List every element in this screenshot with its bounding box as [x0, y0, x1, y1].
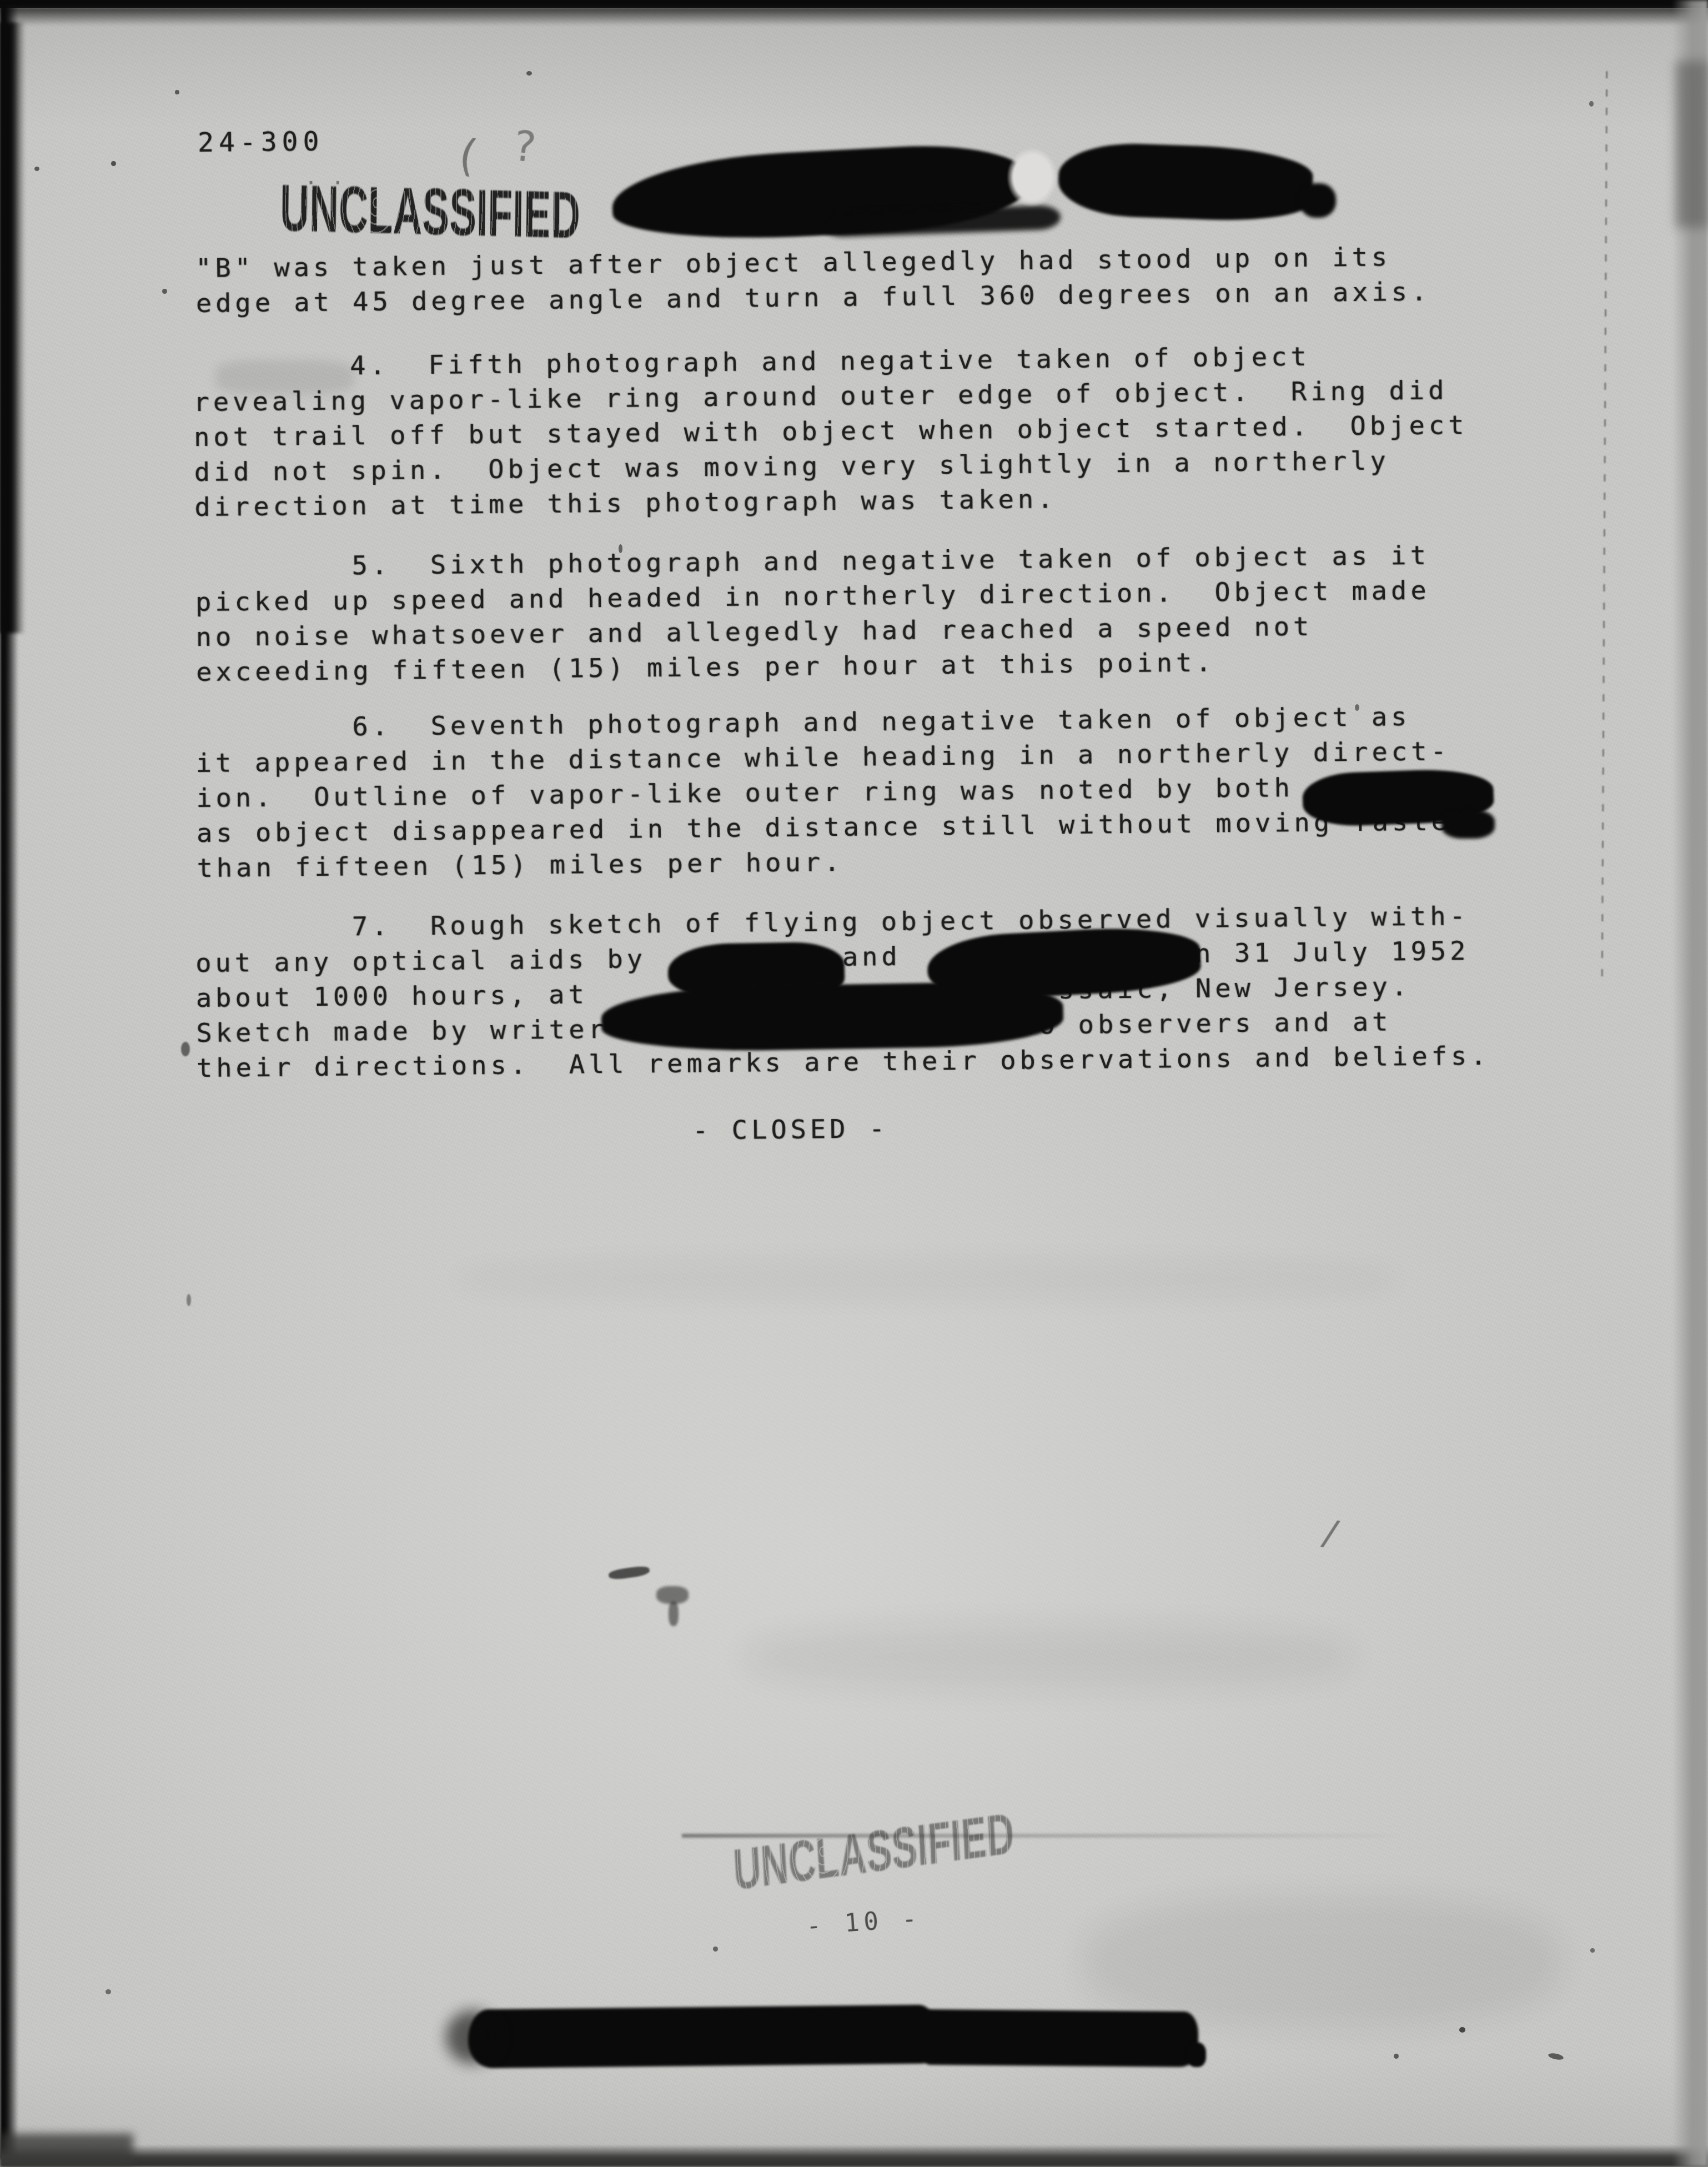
redaction-bar-footer-nub: [1187, 2043, 1206, 2067]
redaction-gap-hole: [999, 139, 1065, 215]
redaction-paragraph6-drip: [1441, 810, 1495, 839]
redaction-bar-footer-fuzz: [446, 2010, 499, 2064]
paragraph-6-seventh-photo: 6. Seventh photograph and negative taken…: [195, 699, 1471, 886]
redaction-bar-footer-right: [920, 2009, 1199, 2067]
scanned-document-page: . . ( ? / 24-300 "B" was taken just afte…: [0, 0, 1708, 2167]
redaction-bar-footer-left: [468, 2005, 936, 2069]
document-number: 24-300: [198, 124, 324, 160]
redaction-bar-header-nub: [1299, 183, 1336, 218]
closed-status-line: - CLOSED -: [692, 1111, 889, 1148]
paragraph-4-fifth-photo: 4. Fifth photograph and negative taken o…: [193, 338, 1469, 525]
unclassified-stamp-top: UNCLASSIFIED: [280, 175, 581, 249]
paragraph-5-sixth-photo: 5. Sixth photograph and negative taken o…: [195, 538, 1431, 690]
paragraph-photo-b: "B" was taken just after object allegedl…: [195, 239, 1431, 321]
